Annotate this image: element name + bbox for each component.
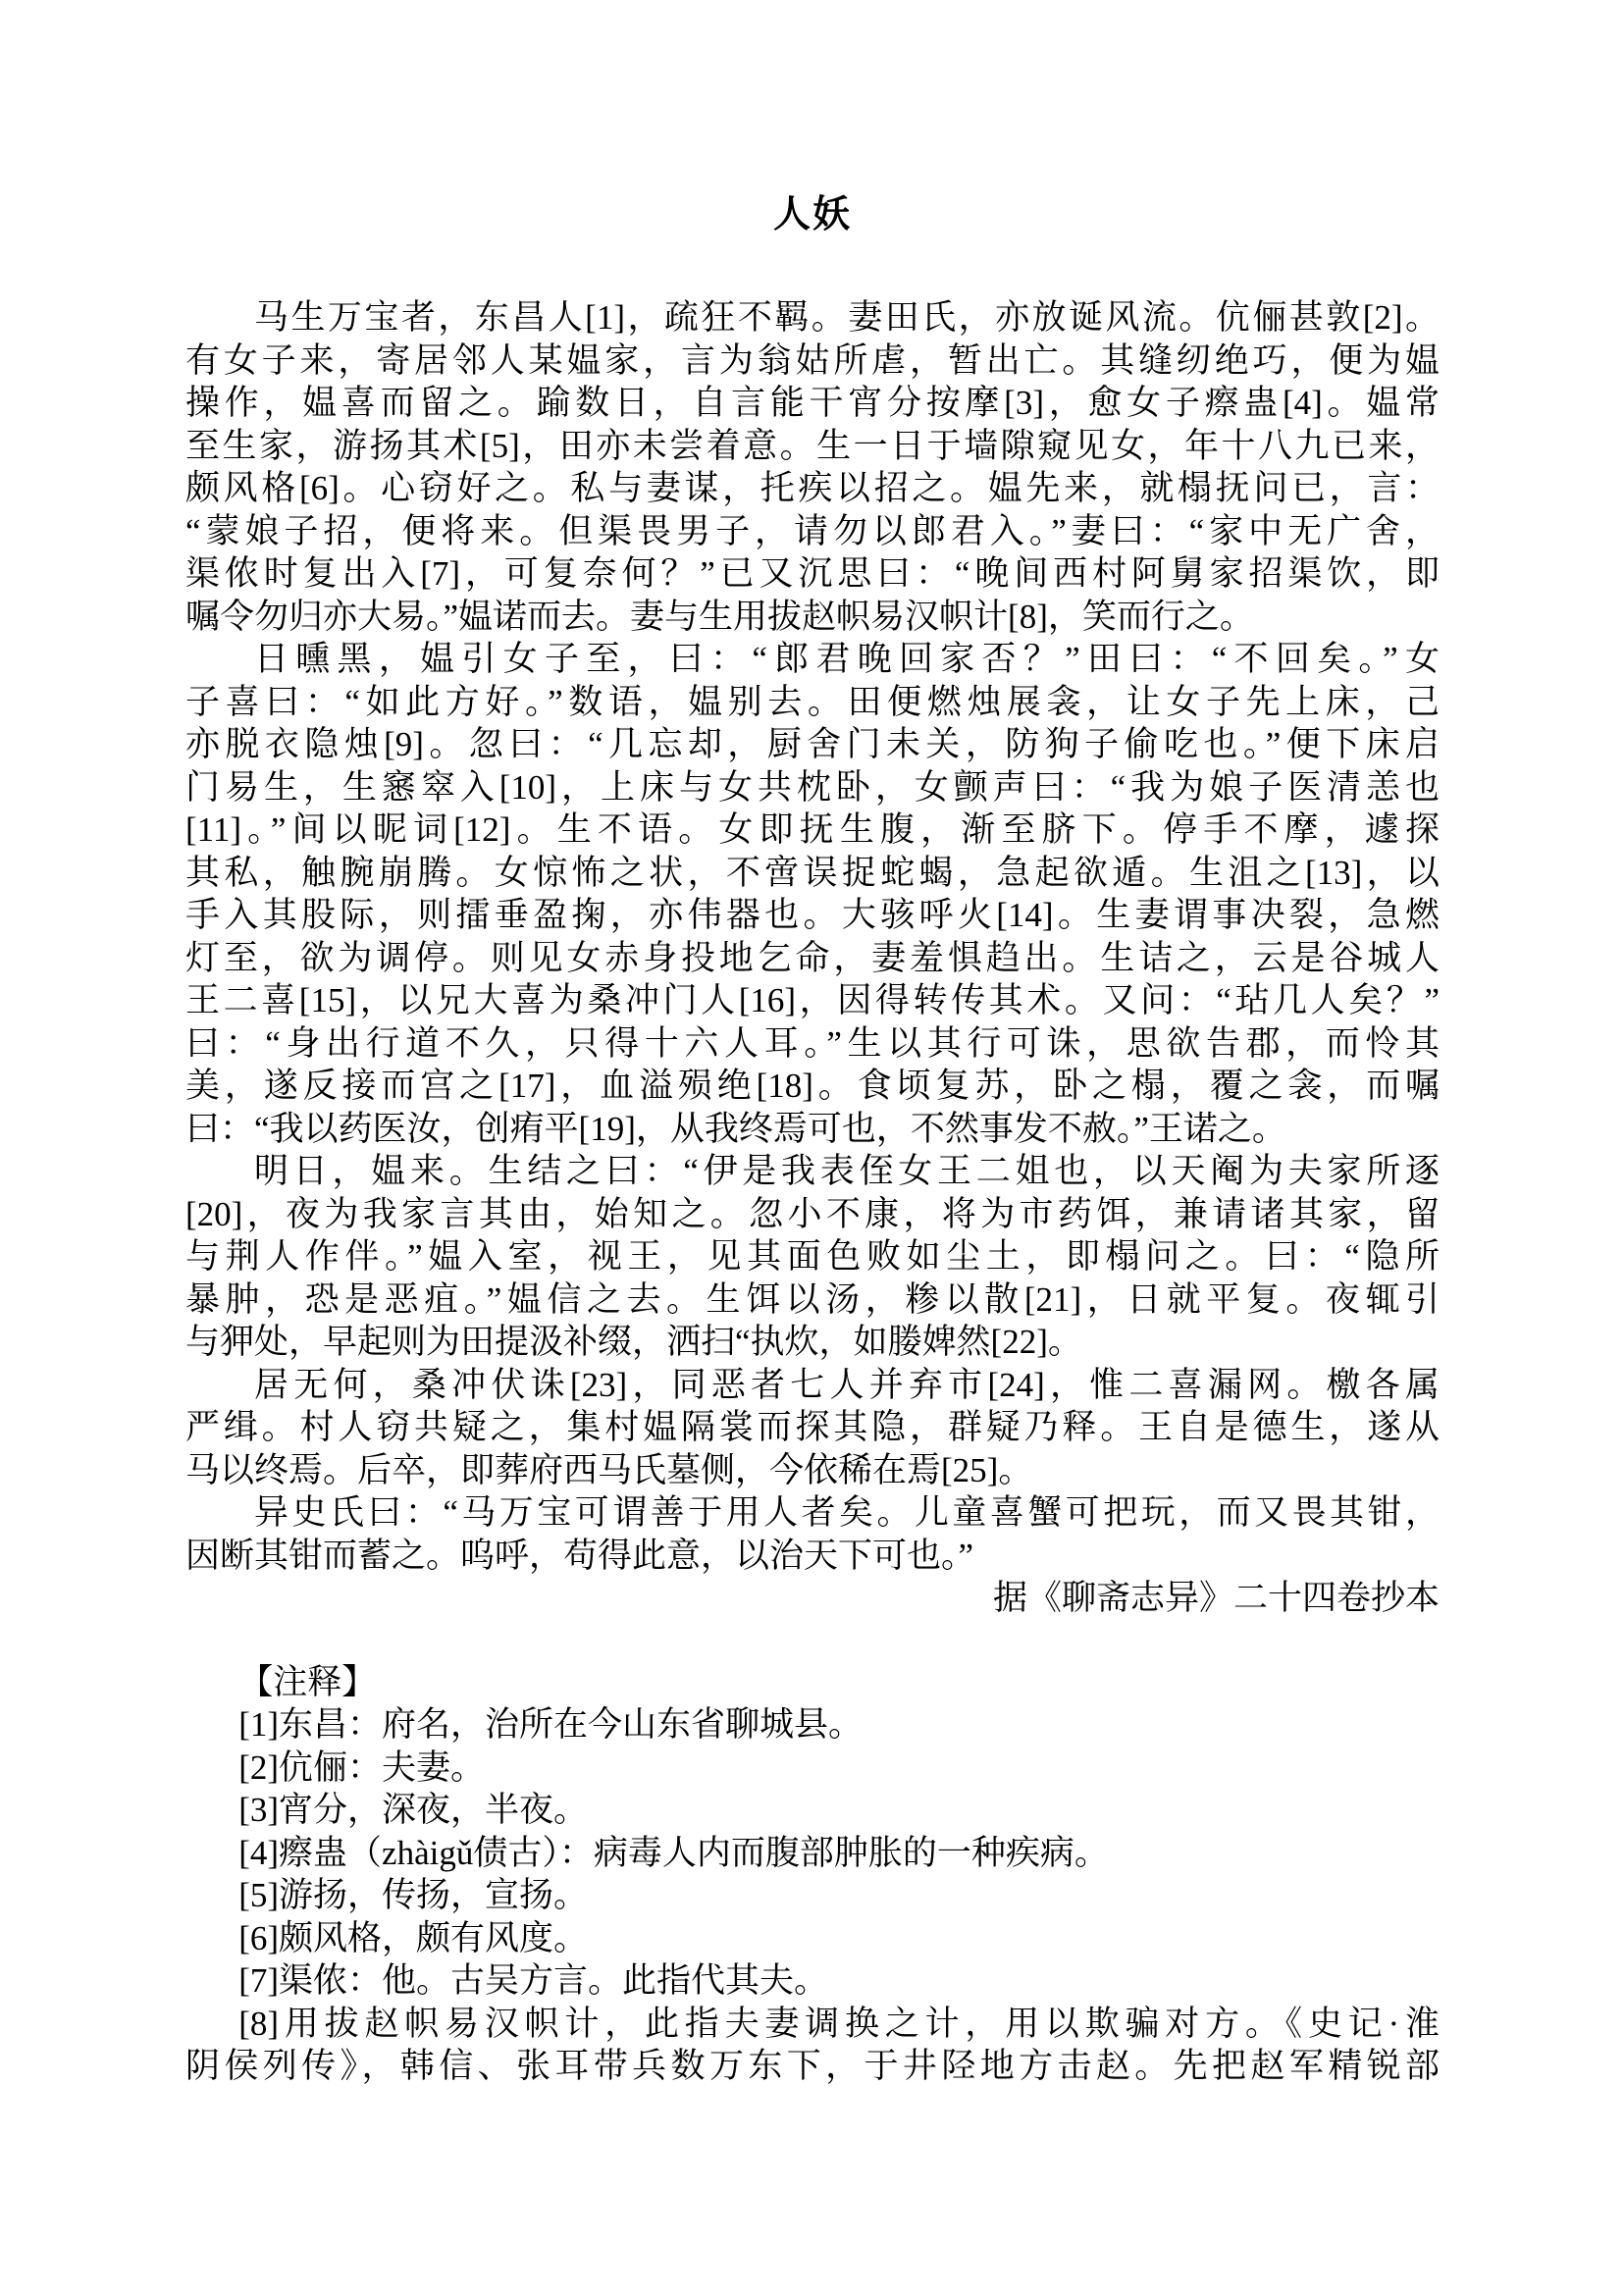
paragraph: 居无何，桑冲伏诛[23]，同恶者七人并弃市[24]，惟二喜漏网。檄各属严缉。村人… [185, 1364, 1440, 1492]
notes-items: [1]东昌：府名，治所在今山东省聊城县。[2]伉俪：夫妻。[3]宵分，深夜，半夜… [185, 1703, 1440, 2088]
note-item: [8]用拔赵帜易汉帜计，此指夫妻调换之计，用以欺骗对方。《史记·淮阴侯列传》，韩… [185, 2003, 1440, 2088]
text-line: [8]用拔赵帜易汉帜计，此指夫妻调换之计，用以欺骗对方。《史记·淮 [185, 2003, 1440, 2046]
note-item: [5]游扬，传扬，宣扬。 [185, 1874, 1440, 1917]
text-line: 马以终焉。后卒，即葬府西马氏墓侧，今依稀在焉[25]。 [185, 1449, 1440, 1492]
text-line: 明日，媪来。生结之曰：“伊是我表侄女王二姐也，以天阉为夫家所逐 [185, 1150, 1440, 1193]
text-line: [7]渠侬：他。古吴方言。此指代其夫。 [185, 1959, 1440, 2003]
text-line: “蒙娘子招，便将来。但渠畏男子，请勿以郎君入。”妻曰：“家中无广舍， [185, 510, 1440, 553]
text-line: 操作，媪喜而留之。踰数日，自言能干宵分按摩[3]，愈女子瘵蛊[4]。媪常 [185, 382, 1440, 425]
text-line: [3]宵分，深夜，半夜。 [185, 1789, 1440, 1832]
text-line: 阴侯列传》，韩信、张耳带兵数万东下，于井陉地方击赵。先把赵军精锐部 [185, 2045, 1440, 2088]
paragraph: 日曛黑，媪引女子至，曰：“郎君晚回家否？”田曰：“不回矣。”女子喜曰：“如此方好… [185, 638, 1440, 1150]
text-line: 灯至，欲为调停。则见女赤身投地乞命，妻羞惧趋出。生诘之，云是谷城人 [185, 937, 1440, 980]
text-line: 嘱令勿归亦大易。”媪诺而去。妻与生用拔赵帜易汉帜计[8]，笑而行之。 [185, 596, 1440, 639]
story-body: 马生万宝者，东昌人[1]，疏狂不羁。妻田氏，亦放诞风流。伉俪甚敦[2]。有女子来… [185, 296, 1440, 1620]
paragraph: 异史氏曰：“马万宝可谓善于用人者矣。儿童喜蟹可把玩，而又畏其钳，因断其钳而蓄之。… [185, 1491, 1440, 1577]
note-item: [2]伉俪：夫妻。 [185, 1747, 1440, 1790]
text-line: 曰：“身出行道不久，只得十六人耳。”生以其行可诛，思欲告郡，而怜其 [185, 1022, 1440, 1066]
note-item: [4]瘵蛊（zhàigǔ债古）：病毒人内而腹部肿胀的一种疾病。 [185, 1832, 1440, 1875]
paragraph: 马生万宝者，东昌人[1]，疏狂不羁。妻田氏，亦放诞风流。伉俪甚敦[2]。有女子来… [185, 296, 1440, 638]
paragraph: 明日，媪来。生结之曰：“伊是我表侄女王二姐也，以天阉为夫家所逐[20]，夜为我家… [185, 1150, 1440, 1364]
note-item: [1]东昌：府名，治所在今山东省聊城县。 [185, 1703, 1440, 1747]
notes-section: 【注释】 [1]东昌：府名，治所在今山东省聊城县。[2]伉俪：夫妻。[3]宵分，… [185, 1661, 1440, 2088]
notes-header: 【注释】 [185, 1661, 1440, 1704]
text-line: [2]伉俪：夫妻。 [185, 1747, 1440, 1790]
document-page: 人妖 马生万宝者，东昌人[1]，疏狂不羁。妻田氏，亦放诞风流。伉俪甚敦[2]。有… [185, 0, 1440, 2088]
text-line: 日曛黑，媪引女子至，曰：“郎君晚回家否？”田曰：“不回矣。”女 [185, 638, 1440, 681]
text-line: 王二喜[15]，以兄大喜为桑冲门人[16]，因得转传其术。又问：“玷几人矣？” [185, 979, 1440, 1022]
text-line: 居无何，桑冲伏诛[23]，同恶者七人并弃市[24]，惟二喜漏网。檄各属 [185, 1364, 1440, 1407]
text-line: 其私，触腕崩腾。女惊怖之状，不啻误捉蛇蝎，急起欲遁。生沮之[13]，以 [185, 852, 1440, 895]
text-line: [5]游扬，传扬，宣扬。 [185, 1874, 1440, 1917]
text-line: 异史氏曰：“马万宝可谓善于用人者矣。儿童喜蟹可把玩，而又畏其钳， [185, 1491, 1440, 1535]
text-line: 颇风格[6]。心窃好之。私与妻谋，托疾以招之。媪先来，就榻抚问已，言： [185, 467, 1440, 510]
text-line: 曰：“我以药医汝，创痏平[19]，从我终焉可也，不然事发不赦。”王诺之。 [185, 1108, 1440, 1151]
page-title: 人妖 [185, 192, 1440, 237]
note-item: [6]颇风格，颇有风度。 [185, 1917, 1440, 1960]
text-line: 至生家，游扬其术[5]，田亦未尝着意。生一日于墙隙窥见女，年十八九已来， [185, 425, 1440, 468]
text-line: 暴肿，恐是恶疽。”媪信之去。生饵以汤，糁以散[21]，日就平复。夜辄引 [185, 1278, 1440, 1322]
text-line: 门易生，生窸窣入[10]，上床与女共枕卧，女颤声曰：“我为娘子医清恙也 [185, 766, 1440, 809]
text-line: 与荆人作伴。”媪入室，视王，见其面色败如尘土，即榻问之。曰：“隐所 [185, 1235, 1440, 1278]
text-line: 马生万宝者，东昌人[1]，疏狂不羁。妻田氏，亦放诞风流。伉俪甚敦[2]。 [185, 296, 1440, 339]
text-line: 因断其钳而蓄之。呜呼，苟得此意，以治天下可也。” [185, 1535, 1440, 1578]
story-paragraphs: 马生万宝者，东昌人[1]，疏狂不羁。妻田氏，亦放诞风流。伉俪甚敦[2]。有女子来… [185, 296, 1440, 1577]
text-line: [4]瘵蛊（zhàigǔ债古）：病毒人内而腹部肿胀的一种疾病。 [185, 1832, 1440, 1875]
attribution-line: 据《聊斋志异》二十四卷抄本 [185, 1577, 1440, 1620]
text-line: 严缉。村人窃共疑之，集村媪隔裳而探其隐，群疑乃释。王自是德生，遂从 [185, 1406, 1440, 1449]
text-line: 有女子来，寄居邻人某媪家，言为翁姑所虐，暂出亡。其缝纫绝巧，便为媪 [185, 339, 1440, 383]
text-line: [11]。”间以昵词[12]。生不语。女即抚生腹，渐至脐下。停手不摩，遽探 [185, 808, 1440, 852]
text-line: 手入其股际，则擂垂盈掬，亦伟器也。大骇呼火[14]。生妻谓事决裂，急燃 [185, 894, 1440, 937]
text-line: 渠侬时复出入[7]，可复奈何？”已又沉思曰：“晚间西村阿舅家招渠饮，即 [185, 552, 1440, 596]
text-line: [1]东昌：府名，治所在今山东省聊城县。 [185, 1703, 1440, 1747]
note-item: [7]渠侬：他。古吴方言。此指代其夫。 [185, 1959, 1440, 2003]
text-line: 亦脱衣隐烛[9]。忽曰：“几忘却，厨舍门未关，防狗子偷吃也。”便下床启 [185, 723, 1440, 766]
text-line: 美，遂反接而宫之[17]，血溢殒绝[18]。食顷复苏，卧之榻，覆之衾，而嘱 [185, 1065, 1440, 1108]
text-line: 子喜曰：“如此方好。”数语，媪别去。田便燃烛展衾，让女子先上床，己 [185, 681, 1440, 724]
text-line: 与狎处，早起则为田提汲补缀，洒扫“执炊，如媵婢然[22]。 [185, 1321, 1440, 1364]
text-line: [20]，夜为我家言其由，始知之。忽小不康，将为市药饵，兼请诸其家，留 [185, 1193, 1440, 1236]
note-item: [3]宵分，深夜，半夜。 [185, 1789, 1440, 1832]
text-line: [6]颇风格，颇有风度。 [185, 1917, 1440, 1960]
